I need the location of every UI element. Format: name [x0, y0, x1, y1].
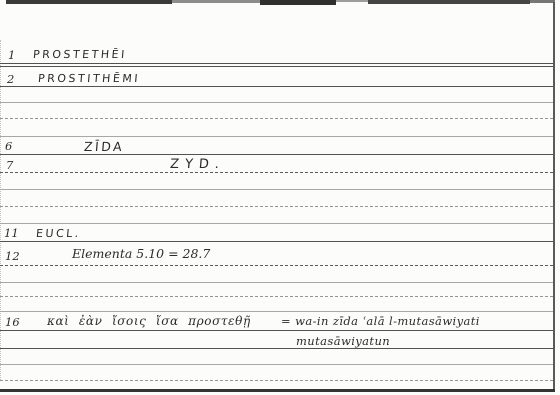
entry-prostithemi: PROSTITHĒMI: [37, 72, 140, 85]
ruled-line: [0, 86, 553, 87]
ruled-line: [0, 102, 553, 103]
ruled-line: [0, 66, 553, 67]
scan-top-edge: [368, 0, 530, 4]
scan-top-edge: [6, 0, 172, 4]
ruled-line: [0, 63, 553, 64]
line-number-16: 16: [5, 315, 20, 329]
ruled-line: [0, 172, 553, 173]
scan-top-edge: [260, 0, 336, 5]
entry-arabic-translit: = wa-in zīda ʿalā l-mutasāwiyati: [281, 314, 480, 328]
entry-zida: ZĪDA: [83, 139, 125, 154]
ruled-line: [0, 241, 553, 242]
scan-top-edge: [336, 0, 368, 2]
entry-zyd: ZYD.: [169, 157, 225, 172]
entry-arabic-translit-cont: mutasāwiyatun: [296, 334, 390, 348]
line-number-6: 6: [5, 139, 12, 153]
ruled-line: [0, 380, 553, 381]
entry-greek-quote: καὶ ἐὰν ἴσοις ἴσα προστεθῇ: [47, 314, 251, 328]
paper-left-edge: [0, 40, 2, 380]
entry-elementa-ref: Elementa 5.10 = 28.7: [72, 246, 210, 261]
scan-top-edge: [530, 0, 555, 3]
line-number-1: 1: [8, 48, 15, 62]
ruled-line: [0, 223, 553, 224]
ruled-line: [0, 136, 553, 137]
ruled-line: [0, 311, 553, 312]
ruled-line: [0, 330, 553, 331]
ruled-line: [0, 348, 553, 349]
line-number-2: 2: [7, 72, 14, 86]
entry-prostethei: PROSTETHĒI: [32, 48, 127, 61]
ruled-line: [0, 296, 553, 297]
ruled-line: [0, 118, 553, 119]
scanned-index-card: 1 2 6 7 11 12 16 PROSTETHĒI PROSTITHĒMI …: [0, 0, 560, 395]
scan-top-edge: [172, 0, 260, 3]
card-right-border: [553, 2, 555, 390]
ruled-line: [0, 282, 553, 283]
ruled-line: [0, 154, 553, 155]
ruled-line: [0, 265, 553, 266]
entry-eucl: EUCL.: [35, 227, 81, 240]
line-number-11: 11: [4, 226, 19, 240]
card-bottom-border: [0, 389, 555, 392]
line-number-7: 7: [6, 158, 13, 172]
line-number-12: 12: [5, 249, 20, 263]
ruled-line: [0, 206, 553, 207]
ruled-line: [0, 189, 553, 190]
ruled-line: [0, 364, 553, 365]
